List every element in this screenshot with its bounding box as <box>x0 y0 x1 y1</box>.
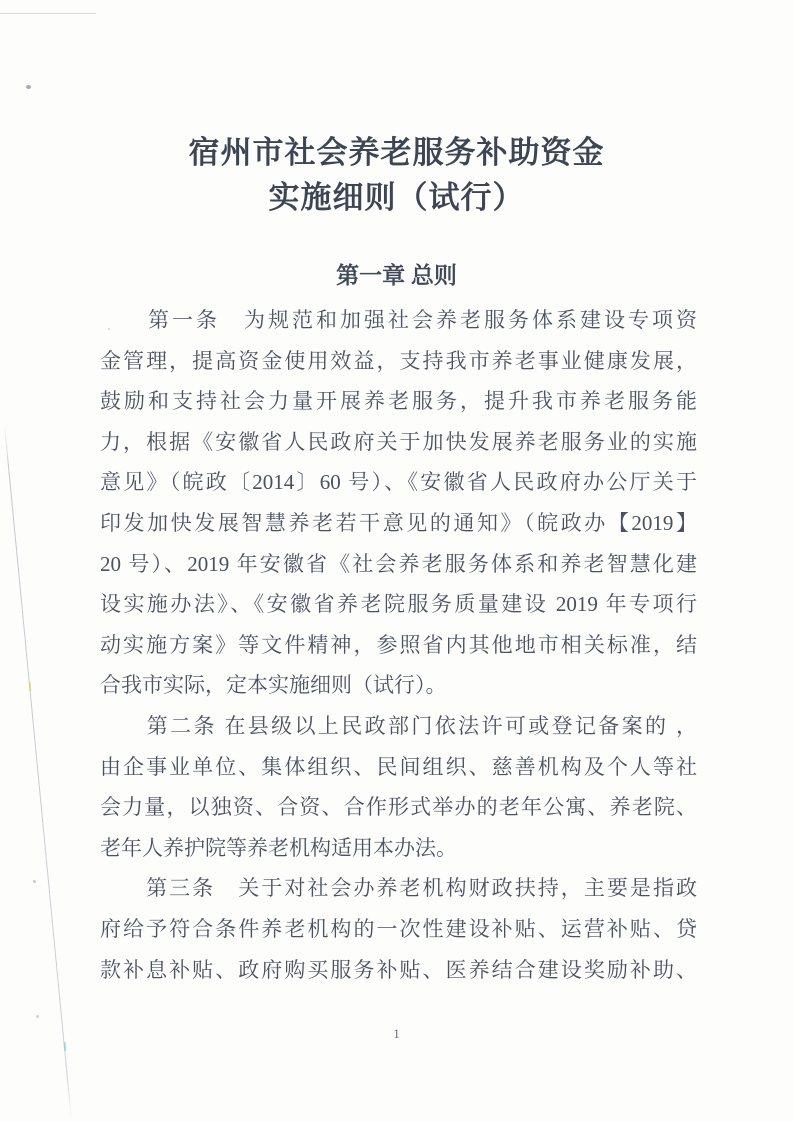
body-line: 力，根据《安徽省人民政府关于加快发展养老服务业的实施 <box>100 422 697 463</box>
body-line: 印发加快发展智慧养老若干意见的通知》（皖政办【2019】 <box>100 503 697 544</box>
scan-speck <box>36 1015 39 1018</box>
body-line: 第三条 关于对社会办养老机构财政扶持，主要是指政 <box>100 868 697 909</box>
paragraph-article-3: 第三条 关于对社会办养老机构财政扶持，主要是指政 府给予符合条件养老机构的一次性… <box>100 868 697 990</box>
body-line: 鼓励和支持社会力量开展养老服务，提升我市养老服务能 <box>100 381 697 422</box>
body-line: 金管理，提高资金使用效益，支持我市养老事业健康发展， <box>100 341 697 382</box>
body-line: 由企事业单位、集体组织、民间组织、慈善机构及个人等社 <box>100 747 697 788</box>
body-line: 第二条 在县级以上民政部门依法许可或登记备案的 ， <box>100 706 697 747</box>
body-line: 设实施办法》、《安徽省养老院服务质量建设 2019 年专项行 <box>100 584 697 625</box>
document-body: 第一条 为规范和加强社会养老服务体系建设专项资 金管理，提高资金使用效益，支持我… <box>100 300 697 990</box>
scan-speck <box>26 85 31 89</box>
body-line: 会力量，以独资、合资、合作形式举办的老年公寓、养老院、 <box>100 787 697 828</box>
document-title-line-1: 宿州市社会养老服务补助资金 <box>189 135 605 170</box>
body-line: 第一条 为规范和加强社会养老服务体系建设专项资 <box>100 300 697 341</box>
scan-speck <box>33 880 36 883</box>
body-line: 意见》（皖政〔2014〕60 号）、《安徽省人民政府办公厅关于 <box>100 462 697 503</box>
body-line: 府给予符合条件养老机构的一次性建设补贴、运营补贴、贷 <box>100 909 697 950</box>
scan-artifact-top-line <box>0 13 96 14</box>
body-line: 合我市实际，定本实施细则（试行）。 <box>100 665 697 706</box>
scan-artifact-cyan-tick <box>64 1042 67 1051</box>
chapter-heading: 第一章 总则 <box>0 257 793 290</box>
body-line: 动实施方案》等文件精神，参照省内其他地市相关标准，结 <box>100 625 697 666</box>
document-title: 宿州市社会养老服务补助资金 实施细则（试行） <box>0 130 793 220</box>
scan-artifact-yellow-tick <box>29 682 32 691</box>
body-line: 款补息补贴、政府购买服务补贴、医养结合建设奖励补助、 <box>100 950 697 991</box>
page-number: 1 <box>0 1026 793 1042</box>
paragraph-article-2: 第二条 在县级以上民政部门依法许可或登记备案的 ， 由企事业单位、集体组织、民间… <box>100 706 697 868</box>
paragraph-article-1: 第一条 为规范和加强社会养老服务体系建设专项资 金管理，提高资金使用效益，支持我… <box>100 300 697 706</box>
body-line: 老年人养护院等养老机构适用本办法。 <box>100 828 697 869</box>
body-line: 20 号）、2019 年安徽省《社会养老服务体系和养老智慧化建 <box>100 544 697 585</box>
document-title-line-2: 实施细则（试行） <box>269 180 525 215</box>
scanned-document-page: 宿州市社会养老服务补助资金 实施细则（试行） 第一章 总则 第一条 为规范和加强… <box>0 0 793 1122</box>
